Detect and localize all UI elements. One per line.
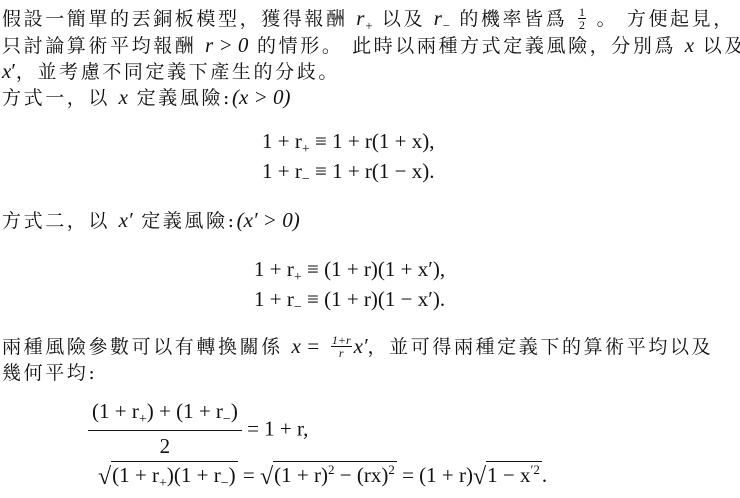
intro-text: 的情形。 此時以兩種方式定義風險，分別爲 — [257, 35, 676, 57]
x-var: x — [119, 85, 128, 109]
half-fraction: 12 — [578, 6, 586, 31]
intro-text: 以及 — [703, 35, 740, 57]
sqrt-3: √1 − x′2 — [473, 462, 542, 491]
method1-heading: 方式一，以 x 定義風險:(x > 0) — [2, 85, 291, 110]
x-prime-var: x′ — [2, 59, 16, 83]
conversion-line-2: 幾何平均: — [2, 361, 97, 385]
x-positive-condition: (x > 0) — [232, 85, 290, 109]
intro-text: 的機率皆爲 — [459, 8, 567, 30]
r-minus-var: r− — [434, 6, 451, 30]
method2-equation-1: 1 + r+ ≡ (1 + r)(1 + x′), — [254, 256, 445, 286]
sqrt-2: √(1 + r)2 − (rx)2 — [260, 462, 397, 491]
geometric-mean-equation: √(1 + r+)(1 + r−) = √(1 + r)2 − (rx)2 = … — [98, 462, 547, 492]
conversion-line-1: 兩種風險參數可以有轉換關係 x = 1+rrx′，並可得兩種定義下的算術平均以及 — [2, 334, 713, 361]
method1-equation-2: 1 + r− ≡ 1 + r(1 − x). — [262, 158, 435, 188]
conversion-text: ，並可得兩種定義下的算術平均以及 — [368, 336, 714, 358]
arithmetic-mean-fraction: (1 + r+) + (1 + r−) 2 — [88, 398, 242, 459]
intro-text: 只討論算術平均報酬 — [2, 35, 196, 57]
intro-text: ，並考慮不同定義下產生的分歧。 — [16, 61, 340, 83]
heading-text: 定義風險: — [141, 210, 236, 232]
conversion-text: 兩種風險參數可以有轉換關係 — [2, 336, 283, 358]
x-equals: x = — [291, 334, 320, 358]
r-positive-condition: r > 0 — [205, 33, 248, 57]
heading-text: 定義風險: — [137, 87, 232, 109]
conversion-text: 幾何平均: — [2, 362, 97, 384]
x-var: x — [685, 33, 694, 57]
intro-line-2: 只討論算術平均報酬 r > 0 的情形。 此時以兩種方式定義風險，分別爲 x 以… — [2, 33, 740, 58]
x-prime-var: x′ — [119, 208, 133, 232]
intro-text: 假設一簡單的丟銅板模型，獲得報酬 — [2, 8, 348, 30]
method1-equation-1: 1 + r+ ≡ 1 + r(1 + x), — [262, 128, 435, 158]
method2-heading: 方式二，以 x′ 定義風險:(x′ > 0) — [2, 208, 300, 233]
heading-text: 方式二，以 — [2, 210, 110, 232]
intro-text: 。 方便起見， — [597, 8, 735, 30]
sqrt-1: √(1 + r+)(1 + r−) — [98, 462, 238, 492]
arithmetic-mean-equation: (1 + r+) + (1 + r−) 2 = 1 + r, — [88, 400, 308, 461]
intro-text: 以及 — [382, 8, 425, 30]
method2-equation-2: 1 + r− ≡ (1 + r)(1 − x′). — [254, 286, 445, 316]
r-plus-var: r+ — [356, 6, 373, 30]
x-prime-positive-condition: (x′ > 0) — [237, 208, 300, 232]
heading-text: 方式一，以 — [2, 87, 110, 109]
conversion-fraction: 1+rr — [331, 334, 352, 359]
intro-line-3: x′，並考慮不同定義下產生的分歧。 — [2, 59, 340, 84]
intro-line-1: 假設一簡單的丟銅板模型，獲得報酬 r+ 以及 r− 的機率皆爲 12 。 方便起… — [2, 6, 735, 33]
x-prime-var: x′ — [354, 334, 368, 358]
